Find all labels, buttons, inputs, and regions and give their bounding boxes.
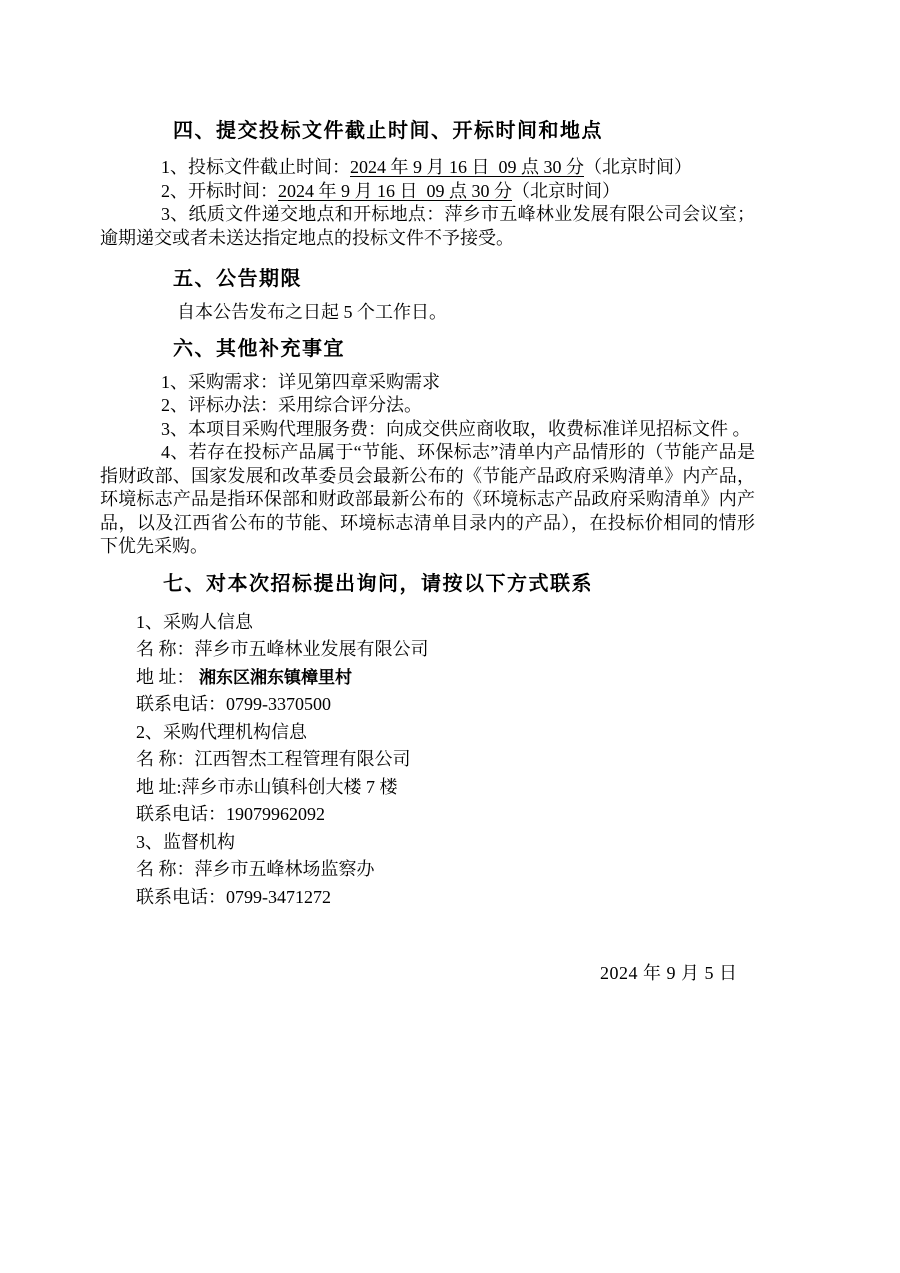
purchaser-address-value: 湘东区湘东镇樟里村 bbox=[199, 668, 352, 687]
section-5-heading: 五、公告期限 bbox=[100, 266, 755, 292]
bid-deadline-label: 1、投标文件截止时间： bbox=[161, 157, 350, 177]
opening-time-line: 2、开标时间：2024 年 9 月 16 日 09 点 30 分（北京时间） bbox=[100, 180, 755, 204]
section-7-heading: 七、对本次招标提出询问，请按以下方式联系 bbox=[100, 571, 755, 597]
evaluation-method-item: 2、评标办法：采用综合评分法。 bbox=[100, 394, 755, 418]
bid-deadline-line: 1、投标文件截止时间：2024 年 9 月 16 日 09 点 30 分（北京时… bbox=[100, 156, 755, 180]
green-products-paragraph: 4、若存在投标产品属于“节能、环保标志”清单内产品情形的（节能产品是指财政部、国… bbox=[100, 441, 755, 559]
opening-time-value: 2024 年 9 月 16 日 09 点 30 分 bbox=[278, 181, 512, 201]
signature-date: 2024 年 9 月 5 日 bbox=[600, 959, 755, 985]
purchaser-address-line: 地 址： 湘东区湘东镇樟里村 bbox=[100, 664, 755, 692]
purchaser-address-label: 地 址： bbox=[136, 667, 199, 687]
supervisor-name-label: 名 称： bbox=[136, 859, 195, 879]
document-page: 四、提交投标文件截止时间、开标时间和地点 1、投标文件截止时间：2024 年 9… bbox=[0, 0, 900, 1273]
purchaser-info-title: 1、采购人信息 bbox=[100, 609, 755, 637]
purchaser-phone-label: 联系电话： bbox=[136, 694, 226, 714]
procurement-demand-item: 1、采购需求：详见第四章采购需求 bbox=[100, 371, 755, 395]
supervisor-phone-line: 联系电话：0799-3471272 bbox=[100, 884, 755, 912]
supervisor-name-line: 名 称：萍乡市五峰林场监察办 bbox=[100, 856, 755, 884]
section-6-heading: 六、其他补充事宜 bbox=[100, 336, 755, 362]
purchaser-phone-value: 0799-3370500 bbox=[226, 694, 331, 714]
agency-address-value: 萍乡市赤山镇科创大楼 7 楼 bbox=[182, 777, 398, 797]
bid-deadline-value: 2024 年 9 月 16 日 09 点 30 分 bbox=[350, 157, 584, 177]
supervisor-phone-value: 0799-3471272 bbox=[226, 887, 331, 907]
agency-info-title: 2、采购代理机构信息 bbox=[100, 719, 755, 747]
agency-name-line: 名 称：江西智杰工程管理有限公司 bbox=[100, 746, 755, 774]
supervisor-phone-label: 联系电话： bbox=[136, 887, 226, 907]
opening-time-timezone: （北京时间） bbox=[512, 181, 620, 201]
supervisor-info-title: 3、监督机构 bbox=[100, 829, 755, 857]
purchaser-name-label: 名 称： bbox=[136, 639, 195, 659]
bid-deadline-timezone: （北京时间） bbox=[584, 157, 692, 177]
delivery-location-paragraph: 3、纸质文件递交地点和开标地点：萍乡市五峰林业发展有限公司会议室；逾期递交或者未… bbox=[100, 203, 755, 250]
agency-address-line: 地 址:萍乡市赤山镇科创大楼 7 楼 bbox=[100, 774, 755, 802]
section-4-heading: 四、提交投标文件截止时间、开标时间和地点 bbox=[100, 118, 755, 144]
announcement-period-text: 自本公告发布之日起 5 个工作日。 bbox=[100, 301, 755, 325]
agency-name-label: 名 称： bbox=[136, 749, 195, 769]
agency-name-value: 江西智杰工程管理有限公司 bbox=[195, 749, 411, 769]
purchaser-phone-line: 联系电话：0799-3370500 bbox=[100, 691, 755, 719]
agency-phone-line: 联系电话：19079962092 bbox=[100, 801, 755, 829]
purchaser-name-value: 萍乡市五峰林业发展有限公司 bbox=[195, 639, 429, 659]
supervisor-name-value: 萍乡市五峰林场监察办 bbox=[195, 859, 375, 879]
agency-fee-item: 3、本项目采购代理服务费：向成交供应商收取，收费标准详见招标文件 。 bbox=[100, 418, 755, 442]
purchaser-name-line: 名 称：萍乡市五峰林业发展有限公司 bbox=[100, 636, 755, 664]
agency-phone-value: 19079962092 bbox=[226, 804, 325, 824]
opening-time-label: 2、开标时间： bbox=[161, 181, 278, 201]
agency-phone-label: 联系电话： bbox=[136, 804, 226, 824]
agency-address-label: 地 址: bbox=[136, 777, 182, 797]
